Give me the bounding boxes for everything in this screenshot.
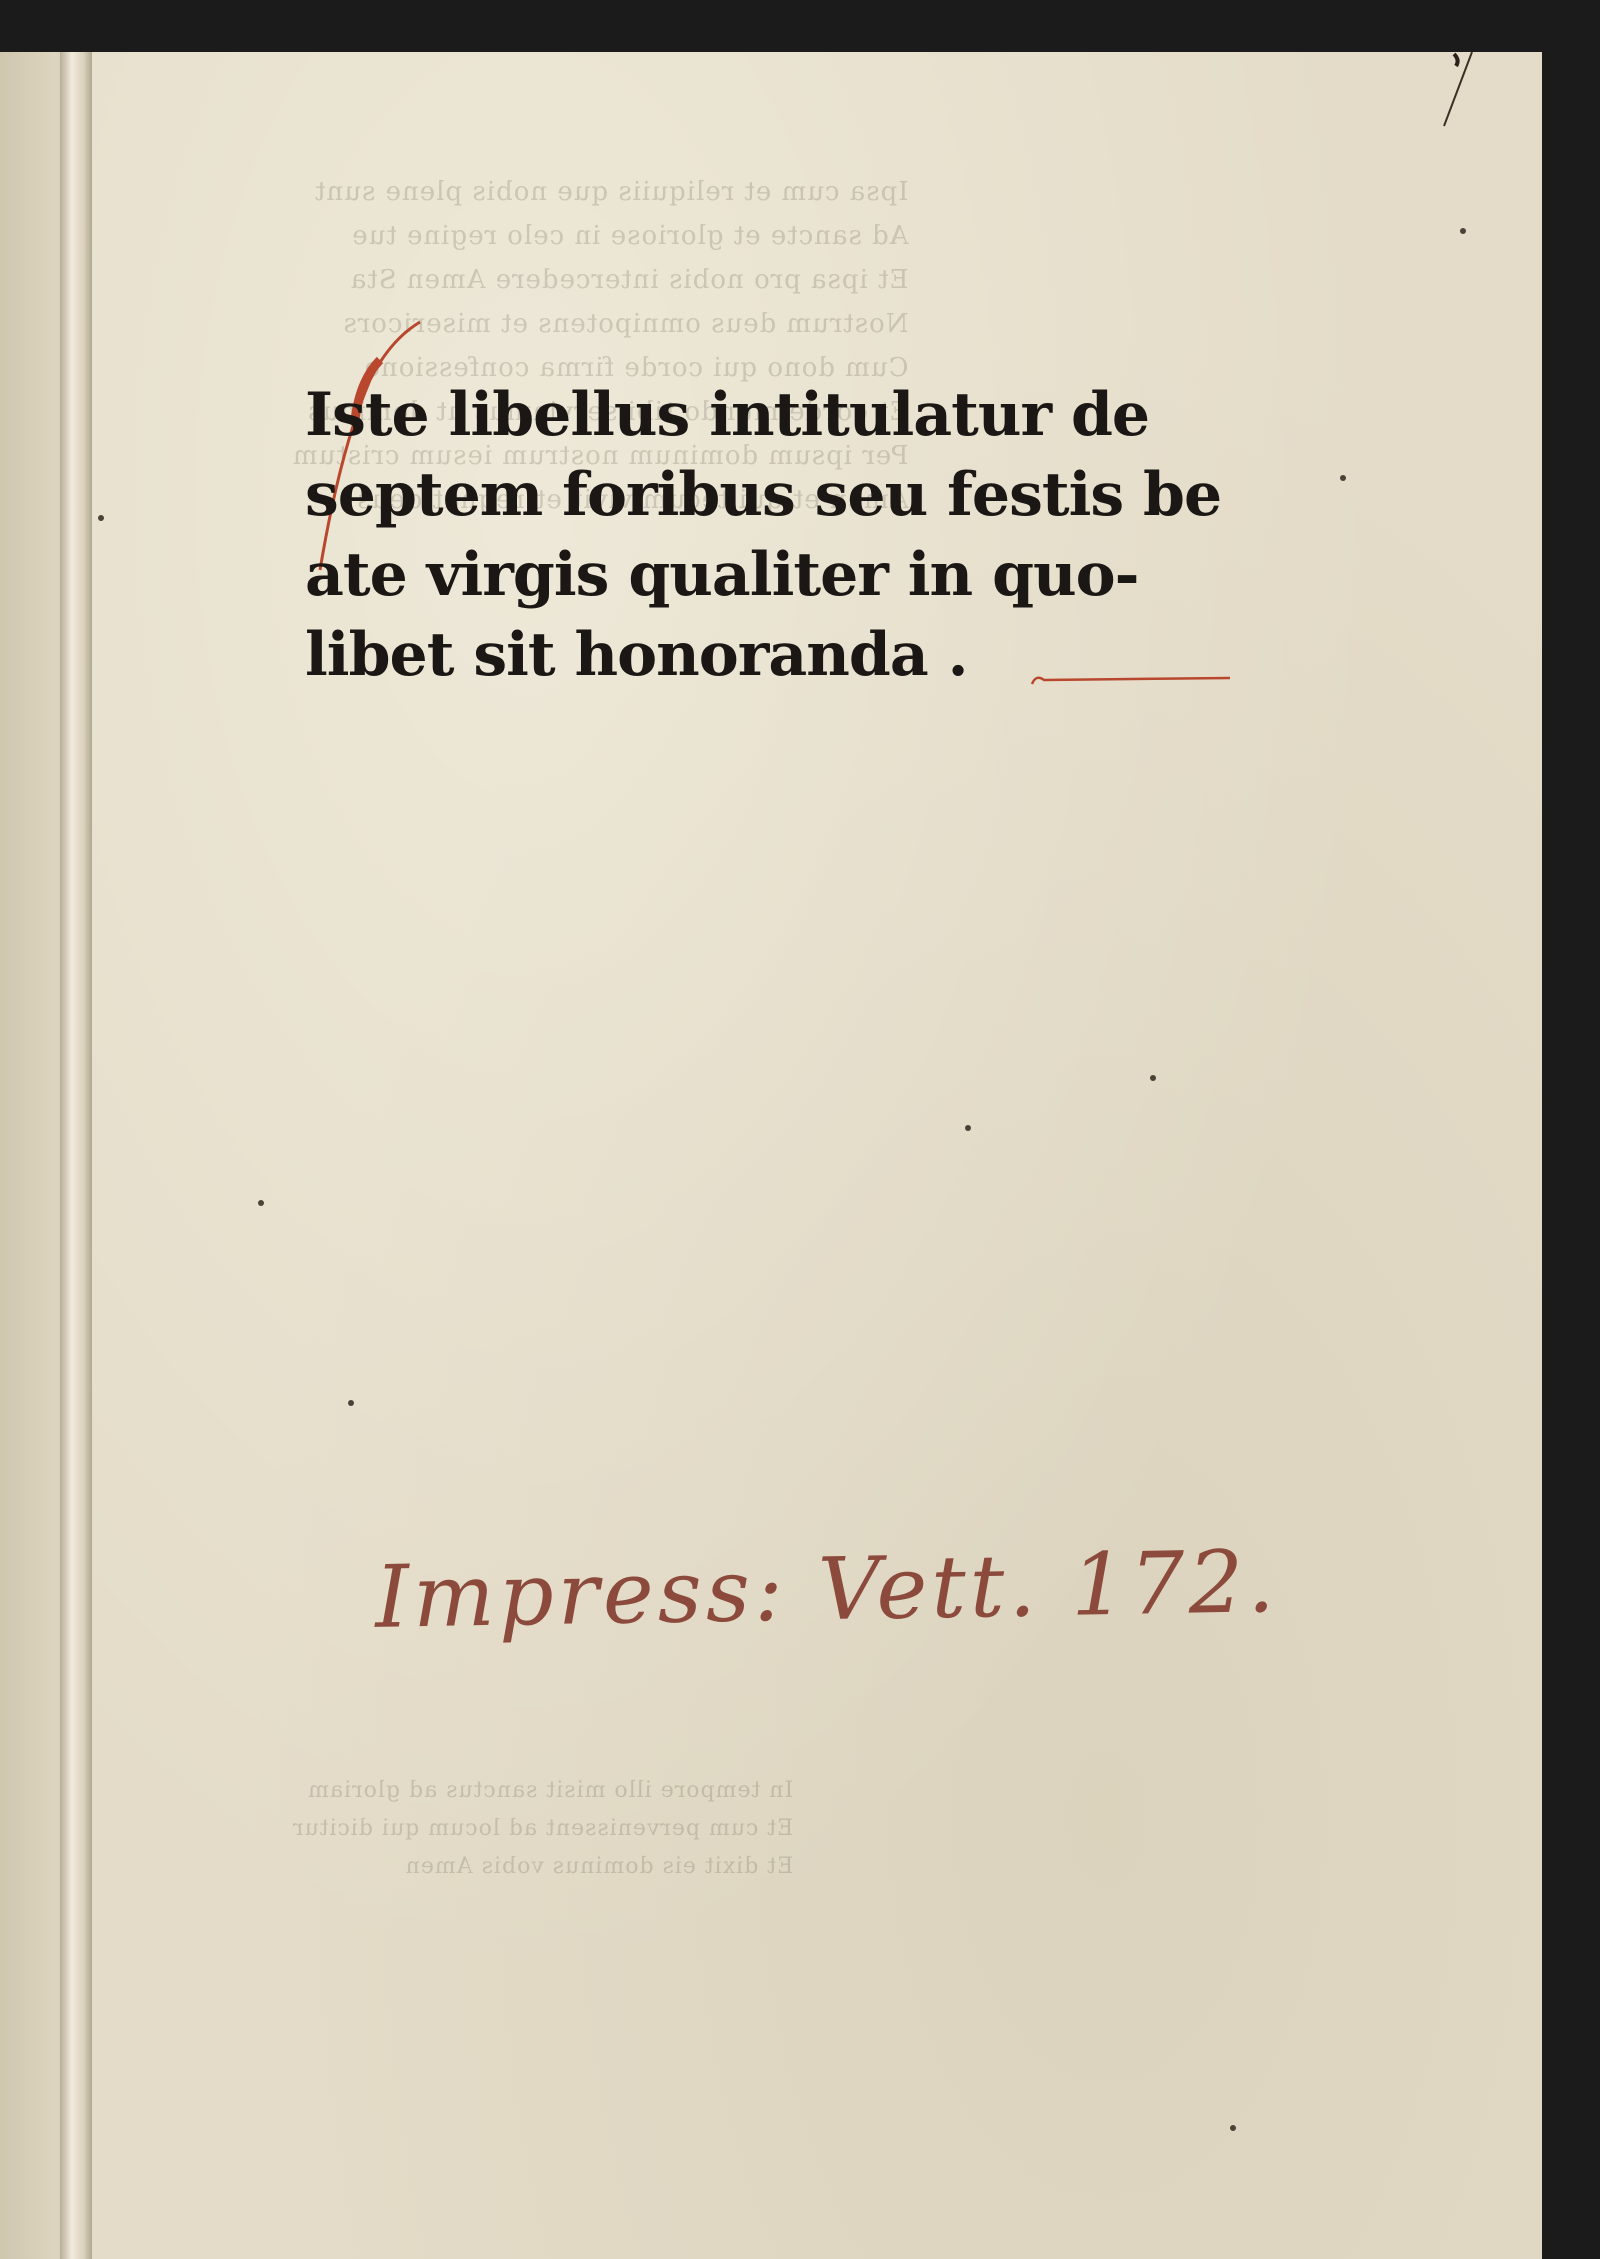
title-line-3: ate virgis qualiter in quo- [305, 535, 1265, 615]
title-line-1: Iste libellus intitulatur de [305, 375, 1265, 455]
paper-speck [1150, 1075, 1156, 1081]
paper-speck [98, 515, 104, 521]
printed-title: Iste libellus intitulatur de septem fori… [305, 375, 1265, 695]
handwritten-shelfmark: Impress: Vett. 172. [374, 1532, 1279, 1648]
book-gutter [60, 52, 94, 2259]
paper-speck [965, 1125, 971, 1131]
paper-speck [348, 1400, 354, 1406]
corner-pen-mark [1440, 52, 1480, 132]
paper-speck [1340, 475, 1346, 481]
paper-speck [258, 1200, 264, 1206]
show-through-text-bottom: In tempore illo misit sanctus ad gloriam… [292, 1772, 793, 1886]
paper-speck [1460, 228, 1466, 234]
rubricated-line-filler [1030, 672, 1240, 692]
title-line-2: septem foribus seu festis be [305, 455, 1265, 535]
paper-speck [1230, 2125, 1236, 2131]
